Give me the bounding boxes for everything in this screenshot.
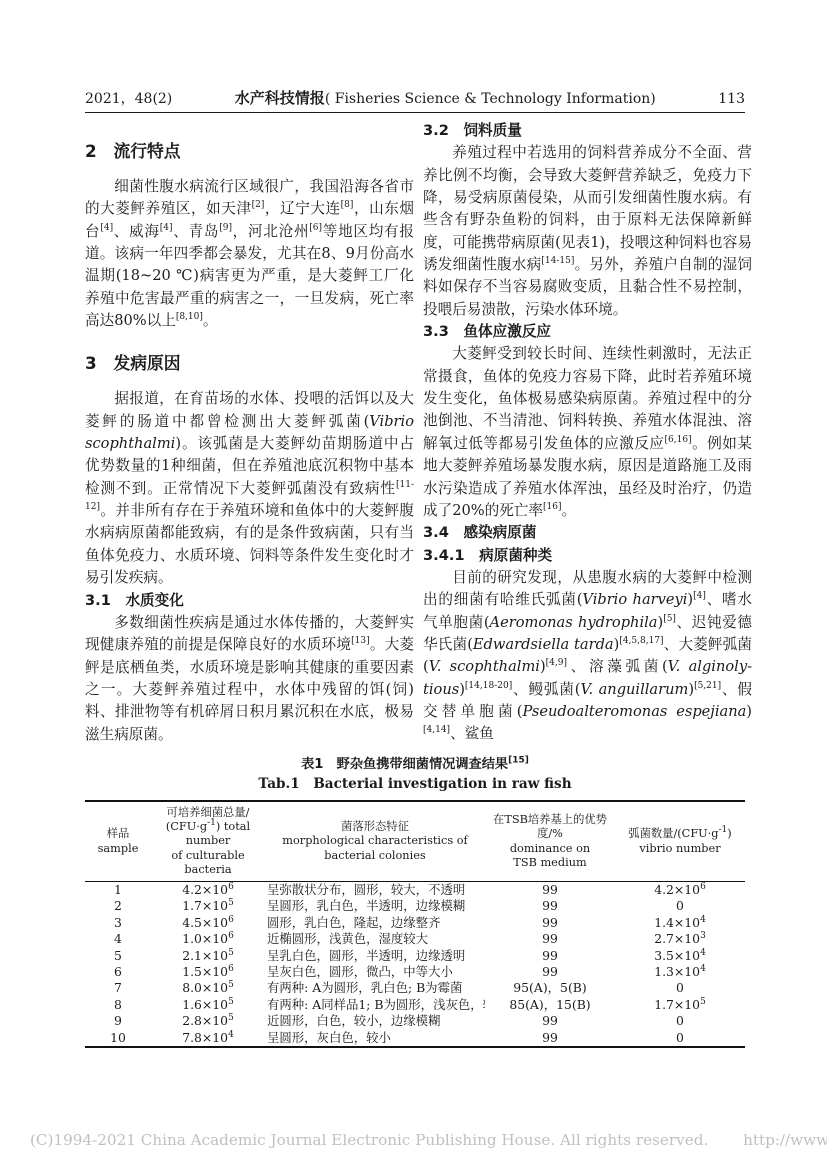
table-cell: 10 bbox=[85, 1030, 151, 1047]
table-cell: 6 bbox=[85, 964, 151, 980]
table-row: 61.5×106呈灰白色，圆形，微凸，中等大小991.3×104 bbox=[85, 964, 745, 980]
table-header-row: 样品sample可培养细菌总量/(CFU·g-1) total numberof… bbox=[85, 801, 745, 882]
table-cell: 0 bbox=[615, 898, 745, 914]
table-cell: 1.7×105 bbox=[151, 898, 265, 914]
table-cell: 4.2×106 bbox=[615, 882, 745, 899]
table-cell: 8 bbox=[85, 997, 151, 1013]
table-header-cell: 弧菌数量/(CFU·g-1)vibrio number bbox=[615, 801, 745, 882]
right-column: 3.2 饲料质量 养殖过程中若选用的饲料营养成分不全面、营养比例不均衡，会导致大… bbox=[423, 120, 752, 756]
table-cell: 呈圆形，灰白色，较小 bbox=[265, 1030, 485, 1047]
table-cell: 99 bbox=[485, 898, 615, 914]
table-title-cn: 表1 野杂鱼携带细菌情况调查结果[15] bbox=[85, 756, 745, 773]
paragraph-feed: 养殖过程中若选用的饲料营养成分不全面、营养比例不均衡，会导致大菱鲆营养缺乏，免疫… bbox=[423, 142, 752, 321]
table-cell: 0 bbox=[615, 1030, 745, 1047]
table-cell: 1 bbox=[85, 882, 151, 899]
table-cell: 1.7×105 bbox=[615, 997, 745, 1013]
table-cell: 85(A)，15(B) bbox=[485, 997, 615, 1013]
table-cell: 呈弥散状分布，圆形，较大，不透明 bbox=[265, 882, 485, 899]
table-cell: 99 bbox=[485, 915, 615, 931]
table-row: 81.6×105有两种: A同样品1; B为圆形，浅灰色，较小85(A)，15(… bbox=[85, 997, 745, 1013]
table-row: 92.8×105近圆形，白色，较小，边缘模糊990 bbox=[85, 1013, 745, 1029]
subsection-heading-water: 3.1 水质变化 bbox=[85, 590, 414, 612]
table-cell: 3 bbox=[85, 915, 151, 931]
table-header-cell: 样品sample bbox=[85, 801, 151, 882]
subsection-heading-infect: 3.4 感染病原菌 bbox=[423, 522, 752, 544]
table-cell: 99 bbox=[485, 948, 615, 964]
table-header-cell: 菌落形态特征morphological characteristics ofba… bbox=[265, 801, 485, 882]
table-cell: 9 bbox=[85, 1013, 151, 1029]
table-title-en: Tab.1 Bacterial investigation in raw fis… bbox=[85, 776, 745, 793]
table-cell: 2.8×105 bbox=[151, 1013, 265, 1029]
table-cell: 0 bbox=[615, 980, 745, 996]
table-row: 52.1×105呈乳白色，圆形，半透明，边缘透明993.5×104 bbox=[85, 948, 745, 964]
issue-info: 2021，48(2) bbox=[85, 88, 172, 108]
table-cell: 8.0×105 bbox=[151, 980, 265, 996]
bacteria-table: 样品sample可培养细菌总量/(CFU·g-1) total numberof… bbox=[85, 800, 745, 1048]
paragraph-water: 多数细菌性疾病是通过水体传播的，大菱鲆实现健康养殖的前提是保障良好的水质环境[1… bbox=[85, 612, 414, 746]
table-cell: 1.4×104 bbox=[615, 915, 745, 931]
table-header-cell: 在TSB培养基上的优势度/%dominance onTSB medium bbox=[485, 801, 615, 882]
table-cell: 99 bbox=[485, 1013, 615, 1029]
table-cell: 呈乳白色，圆形，半透明，边缘透明 bbox=[265, 948, 485, 964]
table-cell: 4.5×106 bbox=[151, 915, 265, 931]
table-cell: 99 bbox=[485, 964, 615, 980]
footer-copyright: (C)1994-2021 China Academic Journal Elec… bbox=[30, 1131, 708, 1149]
table-cell: 2.7×103 bbox=[615, 931, 745, 947]
table-cell: 4 bbox=[85, 931, 151, 947]
table-cell: 99 bbox=[485, 1030, 615, 1047]
table-cell: 99 bbox=[485, 882, 615, 899]
table-cell: 99 bbox=[485, 931, 615, 947]
table-row: 78.0×105有两种: A为圆形，乳白色; B为霉菌95(A)，5(B)0 bbox=[85, 980, 745, 996]
page-footer: (C)1994-2021 China Academic Journal Elec… bbox=[30, 1131, 810, 1150]
table-row: 41.0×106近椭圆形，浅黄色，湿度较大992.7×103 bbox=[85, 931, 745, 947]
table-row: 107.8×104呈圆形，灰白色，较小990 bbox=[85, 1030, 745, 1047]
table-row: 14.2×106呈弥散状分布，圆形，较大，不透明994.2×106 bbox=[85, 882, 745, 899]
table-cell: 5 bbox=[85, 948, 151, 964]
table-cell: 近椭圆形，浅黄色，湿度较大 bbox=[265, 931, 485, 947]
table-cell: 7 bbox=[85, 980, 151, 996]
table-section: 表1 野杂鱼携带细菌情况调查结果[15] Tab.1 Bacterial inv… bbox=[85, 756, 745, 1048]
table-body: 14.2×106呈弥散状分布，圆形，较大，不透明994.2×10621.7×10… bbox=[85, 882, 745, 1048]
journal-title-en: ( Fisheries Science & Technology Informa… bbox=[325, 91, 656, 107]
table-header-cell: 可培养细菌总量/(CFU·g-1) total numberof cultura… bbox=[151, 801, 265, 882]
paragraph-cause: 据报道，在育苗场的水体、投喂的活饵以及大菱鲆的肠道中都曾检测出大菱鲆弧菌(Vib… bbox=[85, 388, 414, 589]
page-number: 113 bbox=[718, 91, 745, 107]
journal-title-cn: 水产科技情报 bbox=[235, 89, 325, 107]
table-cell: 呈灰白色，圆形，微凸，中等大小 bbox=[265, 964, 485, 980]
header-rule bbox=[85, 112, 745, 113]
subsection-heading-feed: 3.2 饲料质量 bbox=[423, 120, 752, 142]
table-cell: 7.8×104 bbox=[151, 1030, 265, 1047]
table-cell: 3.5×104 bbox=[615, 948, 745, 964]
table-cell: 1.6×105 bbox=[151, 997, 265, 1013]
table-cell: 有两种: A同样品1; B为圆形，浅灰色，较小 bbox=[265, 997, 485, 1013]
paper-page: 2021，48(2) 水产科技情报( Fisheries Science & T… bbox=[0, 0, 827, 1170]
subsection-heading-stress: 3.3 鱼体应激反应 bbox=[423, 321, 752, 343]
left-column: 2 流行特点 细菌性腹水病流行区域很广，我国沿海各省市的大菱鲆养殖区，如天津[2… bbox=[85, 128, 414, 756]
paragraph-stress: 大菱鲆受到较长时间、连续性刺激时，无法正常摄食，鱼体的免疫力容易下降，此时若养殖… bbox=[423, 343, 752, 522]
table-head: 样品sample可培养细菌总量/(CFU·g-1) total numberof… bbox=[85, 801, 745, 882]
running-head: 2021，48(2) 水产科技情报( Fisheries Science & T… bbox=[85, 87, 745, 108]
section-heading-epidemic: 2 流行特点 bbox=[85, 139, 414, 163]
table-cell: 1.0×106 bbox=[151, 931, 265, 947]
table-cell: 1.5×106 bbox=[151, 964, 265, 980]
table-cell: 0 bbox=[615, 1013, 745, 1029]
journal-title: 水产科技情报( Fisheries Science & Technology I… bbox=[235, 87, 656, 108]
paragraph-pathogen: 目前的研究发现，从患腹水病的大菱鲆中检测出的细菌有哈维氏弧菌(Vibrio ha… bbox=[423, 567, 752, 746]
table-cell: 4.2×106 bbox=[151, 882, 265, 899]
table-cell: 圆形，乳白色，隆起，边缘整齐 bbox=[265, 915, 485, 931]
table-cell: 有两种: A为圆形，乳白色; B为霉菌 bbox=[265, 980, 485, 996]
section-heading-cause: 3 发病原因 bbox=[85, 351, 414, 375]
table-cell: 1.3×104 bbox=[615, 964, 745, 980]
table-cell: 近圆形，白色，较小，边缘模糊 bbox=[265, 1013, 485, 1029]
subsection-heading-pathogen: 3.4.1 病原菌种类 bbox=[423, 545, 752, 567]
table-row: 21.7×105呈圆形，乳白色，半透明，边缘模糊990 bbox=[85, 898, 745, 914]
table-cell: 95(A)，5(B) bbox=[485, 980, 615, 996]
paragraph-epidemic: 细菌性腹水病流行区域很广，我国沿海各省市的大菱鲆养殖区，如天津[2]，辽宁大连[… bbox=[85, 176, 414, 332]
table-cell: 呈圆形，乳白色，半透明，边缘模糊 bbox=[265, 898, 485, 914]
table-cell: 2.1×105 bbox=[151, 948, 265, 964]
table-row: 34.5×106圆形，乳白色，隆起，边缘整齐991.4×104 bbox=[85, 915, 745, 931]
footer-url: http://www.cnki.net bbox=[743, 1131, 827, 1149]
table-cell: 2 bbox=[85, 898, 151, 914]
